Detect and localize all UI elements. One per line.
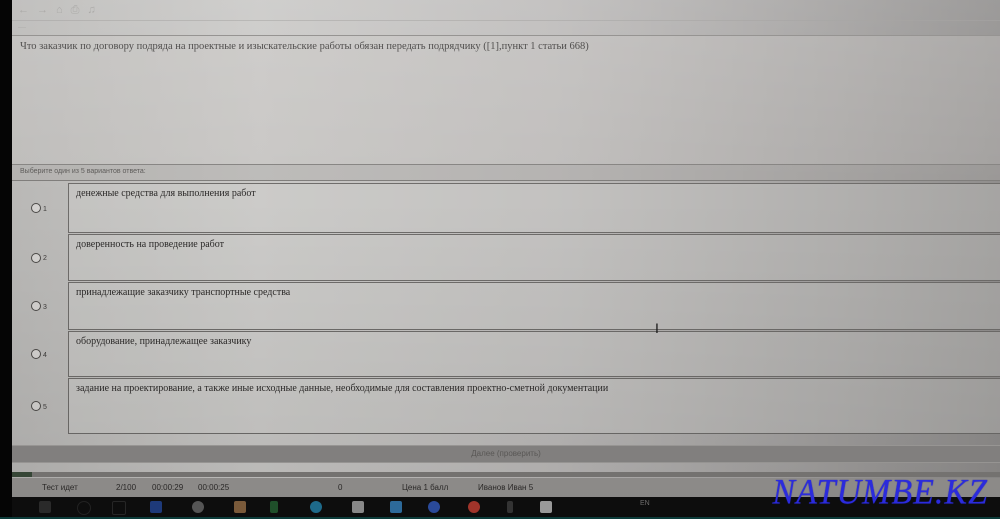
forward-icon[interactable]: → xyxy=(37,4,48,16)
search-icon[interactable] xyxy=(77,501,91,515)
answer-option-3[interactable]: 3 принадлежащие заказчику транспортные с… xyxy=(12,282,1000,330)
option-number: 1 xyxy=(43,206,47,213)
screen-bezel xyxy=(0,0,12,519)
answer-option-1[interactable]: 1 денежные средства для выполнения работ xyxy=(12,183,1000,233)
radio-cell: 1 xyxy=(12,183,66,233)
answer-text: денежные средства для выполнения работ xyxy=(76,188,256,199)
instruction-text: Выберите один из 5 вариантов ответа: xyxy=(20,168,146,175)
time-question: 00:00:25 xyxy=(198,483,229,492)
option-number: 3 xyxy=(43,304,47,311)
windows-start-icon[interactable] xyxy=(39,501,51,513)
print-icon[interactable]: ⎙ xyxy=(71,4,80,17)
test-state: Тест идет xyxy=(42,483,78,492)
text-cursor-icon: I xyxy=(655,320,659,336)
answer-box[interactable]: оборудование, принадлежащее заказчику xyxy=(68,331,1000,377)
radio-button-3[interactable] xyxy=(31,301,41,311)
teams-icon[interactable] xyxy=(428,501,440,513)
answer-box[interactable]: денежные средства для выполнения работ xyxy=(68,183,1000,233)
answer-text: задание на проектирование, а также иные … xyxy=(76,383,608,394)
option-number: 4 xyxy=(43,352,47,359)
answer-text: оборудование, принадлежащее заказчику xyxy=(76,336,251,347)
store-icon[interactable] xyxy=(352,501,364,513)
next-bar: Далее (проверить) xyxy=(12,445,1000,463)
home-icon[interactable]: ⌂ xyxy=(56,4,63,16)
user-name: Иванов Иван 5 xyxy=(478,483,533,492)
checklist-icon[interactable] xyxy=(540,501,552,513)
answer-option-4[interactable]: 4 оборудование, принадлежащее заказчику xyxy=(12,331,1000,377)
chrome-icon[interactable] xyxy=(468,501,480,513)
watermark: NATUMBE.KZ xyxy=(772,473,988,513)
mail-icon[interactable] xyxy=(390,501,402,513)
app-blue-icon[interactable] xyxy=(150,501,162,513)
radio-cell: 2 xyxy=(12,234,66,281)
radio-button-4[interactable] xyxy=(31,349,41,359)
task-view-icon[interactable] xyxy=(112,501,126,515)
answer-options: 1 денежные средства для выполнения работ… xyxy=(12,183,1000,433)
toolbar: ← → ⌂ ⎙ ♫ xyxy=(12,0,1000,21)
radio-cell: 4 xyxy=(12,331,66,377)
instruction-bar: Выберите один из 5 вариантов ответа: xyxy=(12,165,1000,181)
answer-box[interactable]: принадлежащие заказчику транспортные сре… xyxy=(68,282,1000,330)
question-text: Что заказчик по договору подряда на прое… xyxy=(20,41,589,52)
answer-text: принадлежащие заказчику транспортные сре… xyxy=(76,287,290,298)
file-explorer-icon[interactable] xyxy=(234,501,246,513)
option-number: 5 xyxy=(43,404,47,411)
radio-cell: 5 xyxy=(12,378,66,434)
question-counter: 2/100 xyxy=(116,483,136,492)
question-price: Цена 1 балл xyxy=(402,483,448,492)
option-number: 2 xyxy=(43,255,47,262)
question-panel: Что заказчик по договору подряда на прое… xyxy=(12,35,1000,165)
answer-box[interactable]: доверенность на проведение работ xyxy=(68,234,1000,281)
radio-button-1[interactable] xyxy=(31,203,41,213)
time-elapsed: 00:00:29 xyxy=(152,483,183,492)
test-window: ← → ⌂ ⎙ ♫ — Что заказчик по договору под… xyxy=(12,0,1000,497)
answer-option-5[interactable]: 5 задание на проектирование, а также ины… xyxy=(12,378,1000,434)
radio-cell: 3 xyxy=(12,282,66,330)
language-indicator[interactable]: EN xyxy=(640,500,650,507)
bell-icon[interactable]: ♫ xyxy=(87,4,95,16)
answer-box[interactable]: задание на проектирование, а также иные … xyxy=(68,378,1000,434)
next-check-button[interactable]: Далее (проверить) xyxy=(465,448,547,459)
radio-button-2[interactable] xyxy=(31,253,41,263)
radio-button-5[interactable] xyxy=(31,401,41,411)
back-icon[interactable]: ← xyxy=(18,4,29,16)
answer-text: доверенность на проведение работ xyxy=(76,239,224,250)
answer-option-2[interactable]: 2 доверенность на проведение работ xyxy=(12,234,1000,281)
feather-icon[interactable] xyxy=(192,501,204,513)
excel-icon[interactable] xyxy=(270,501,278,513)
progress-fill xyxy=(12,472,32,477)
share-icon[interactable] xyxy=(507,501,513,513)
edge-icon[interactable] xyxy=(310,501,322,513)
breadcrumb: — xyxy=(18,22,26,31)
score: 0 xyxy=(338,483,342,492)
